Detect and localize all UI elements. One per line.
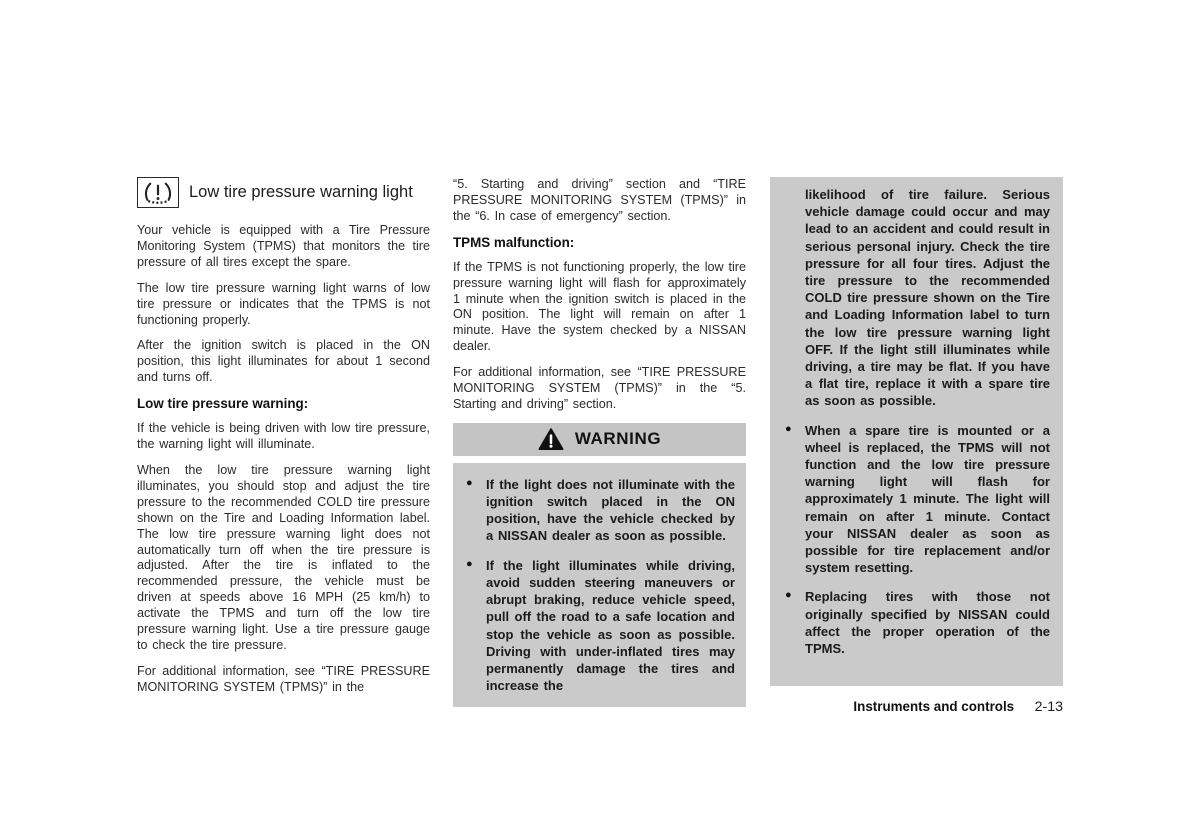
- paragraph: For additional information, see “TIRE PR…: [453, 365, 746, 413]
- low-tire-pressure-warning-icon: [137, 177, 179, 208]
- warning-continued-text: likelihood of tire failure. Serious vehi…: [805, 186, 1050, 410]
- warning-bullet: ● When a spare tire is mounted or a whee…: [770, 422, 1050, 577]
- footer-section-title: Instruments and controls: [853, 699, 1014, 714]
- section-title: Low tire pressure warning light: [189, 183, 413, 202]
- section-heading-row: Low tire pressure warning light: [137, 177, 430, 208]
- paragraph: If the TPMS is not functioning properly,…: [453, 260, 746, 355]
- subheading-tpms-malfunction: TPMS malfunction:: [453, 235, 746, 250]
- bullet-marker: ●: [466, 477, 473, 489]
- footer-page-number: 2-13: [1035, 699, 1063, 715]
- middle-column: “5. Starting and driving” section and “T…: [453, 177, 746, 707]
- warning-triangle-icon: [538, 428, 564, 451]
- warning-box: WARNING ● If the light does not illumina…: [453, 423, 746, 707]
- bullet-marker: ●: [785, 423, 792, 435]
- paragraph: If the vehicle is being driven with low …: [137, 421, 430, 453]
- paragraph: The low tire pressure warning light warn…: [137, 281, 430, 329]
- warning-bullet-text: If the light does not illuminate with th…: [486, 476, 735, 545]
- tpms-symbol: [141, 181, 175, 205]
- warning-bullet: ● If the light does not illuminate with …: [453, 476, 735, 545]
- page-footer: Instruments and controls 2-13: [137, 698, 1063, 716]
- paragraph: Your vehicle is equipped with a Tire Pre…: [137, 223, 430, 271]
- warning-bullet-text: Replacing tires with those not originall…: [805, 588, 1050, 657]
- warning-body: ● If the light does not illuminate with …: [453, 463, 746, 707]
- warning-title: WARNING: [575, 429, 661, 449]
- warning-bullet-text: When a spare tire is mounted or a wheel …: [805, 422, 1050, 577]
- warning-header: WARNING: [453, 423, 746, 456]
- subheading-low-tire-pressure-warning: Low tire pressure warning:: [137, 396, 430, 411]
- warning-bullet-text: If the light illuminates while driving, …: [486, 557, 735, 695]
- bullet-marker: ●: [466, 558, 473, 570]
- bullet-marker: ●: [785, 589, 792, 601]
- right-column: likelihood of tire failure. Serious vehi…: [770, 177, 1063, 686]
- paragraph: After the ignition switch is placed in t…: [137, 338, 430, 386]
- warning-bullet: ● Replacing tires with those not origina…: [770, 588, 1050, 657]
- paragraph: For additional information, see “TIRE PR…: [137, 664, 430, 696]
- left-column: Low tire pressure warning light Your veh…: [137, 177, 430, 706]
- warning-continued-box: likelihood of tire failure. Serious vehi…: [770, 177, 1063, 686]
- paragraph: “5. Starting and driving” section and “T…: [453, 177, 746, 225]
- paragraph: When the low tire pressure warning light…: [137, 463, 430, 654]
- warning-bullet: ● If the light illuminates while driving…: [453, 557, 735, 695]
